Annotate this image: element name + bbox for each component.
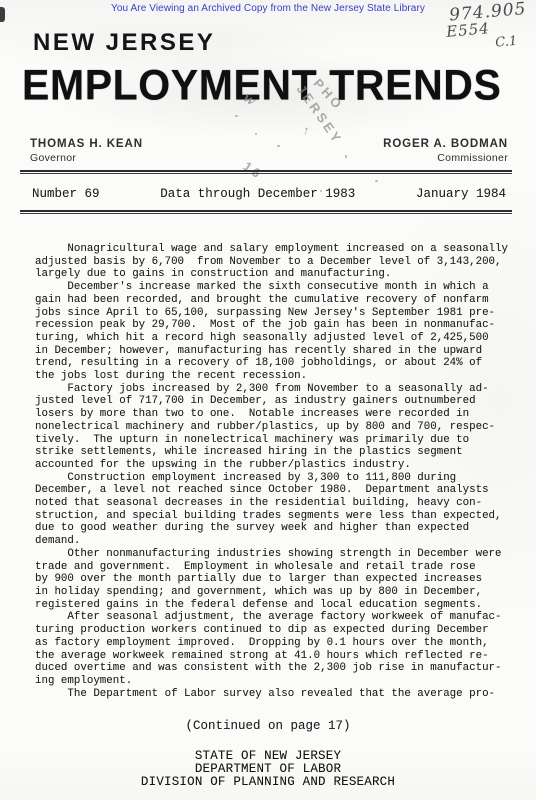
ink-speck bbox=[255, 133, 257, 135]
masthead-title: EMPLOYMENT TRENDS bbox=[22, 61, 501, 110]
handwritten-call-number: 974.905 E554 C.1 bbox=[406, 1, 530, 59]
article-body: Nonagricultural wage and salary employme… bbox=[35, 243, 509, 700]
continued-note: (Continued on page 17) bbox=[0, 719, 536, 733]
issue-number: Number 69 bbox=[32, 187, 100, 201]
article-paragraph: Construction employment increased by 3,3… bbox=[35, 472, 509, 548]
governor-name: THOMAS H. KEAN bbox=[30, 138, 143, 150]
officials-row: THOMAS H. KEAN Governor ROGER A. BODMAN … bbox=[30, 138, 508, 164]
issue-date: January 1984 bbox=[416, 187, 506, 201]
commissioner-name: ROGER A. BODMAN bbox=[383, 138, 508, 150]
article-paragraph: Nonagricultural wage and salary employme… bbox=[35, 243, 509, 281]
commissioner-block: ROGER A. BODMAN Commissioner bbox=[383, 138, 508, 164]
ink-speck bbox=[235, 115, 238, 117]
governor-block: THOMAS H. KEAN Governor bbox=[30, 138, 143, 164]
article-paragraph: December's increase marked the sixth con… bbox=[35, 281, 509, 383]
commissioner-title: Commissioner bbox=[383, 152, 508, 164]
footer-imprint: STATE OF NEW JERSEYDEPARTMENT OF LABORDI… bbox=[0, 750, 536, 789]
governor-title: Governor bbox=[30, 152, 143, 164]
scanned-newsletter-page: You Are Viewing an Archived Copy from th… bbox=[0, 0, 536, 800]
article-paragraph: Other nonmanufacturing industries showin… bbox=[35, 548, 509, 612]
stamp-arrow-mark: ↑ bbox=[302, 122, 314, 139]
article-paragraph: The Department of Labor survey also reve… bbox=[35, 688, 509, 701]
issue-info-bar: Number 69 Data through December 1983 Jan… bbox=[32, 187, 506, 201]
data-through-label: Data through December 1983 bbox=[160, 187, 355, 201]
article-paragraph: Factory jobs increased by 2,300 from Nov… bbox=[35, 383, 509, 472]
horizontal-rule bbox=[20, 170, 512, 174]
article-paragraph: After seasonal adjustment, the average f… bbox=[35, 611, 509, 687]
masthead-state-name: NEW JERSEY bbox=[33, 29, 215, 57]
horizontal-rule bbox=[20, 210, 512, 214]
scan-smudge-artifact bbox=[0, 7, 5, 22]
footer-line: DIVISION OF PLANNING AND RESEARCH bbox=[0, 776, 536, 789]
ink-speck bbox=[375, 180, 378, 182]
